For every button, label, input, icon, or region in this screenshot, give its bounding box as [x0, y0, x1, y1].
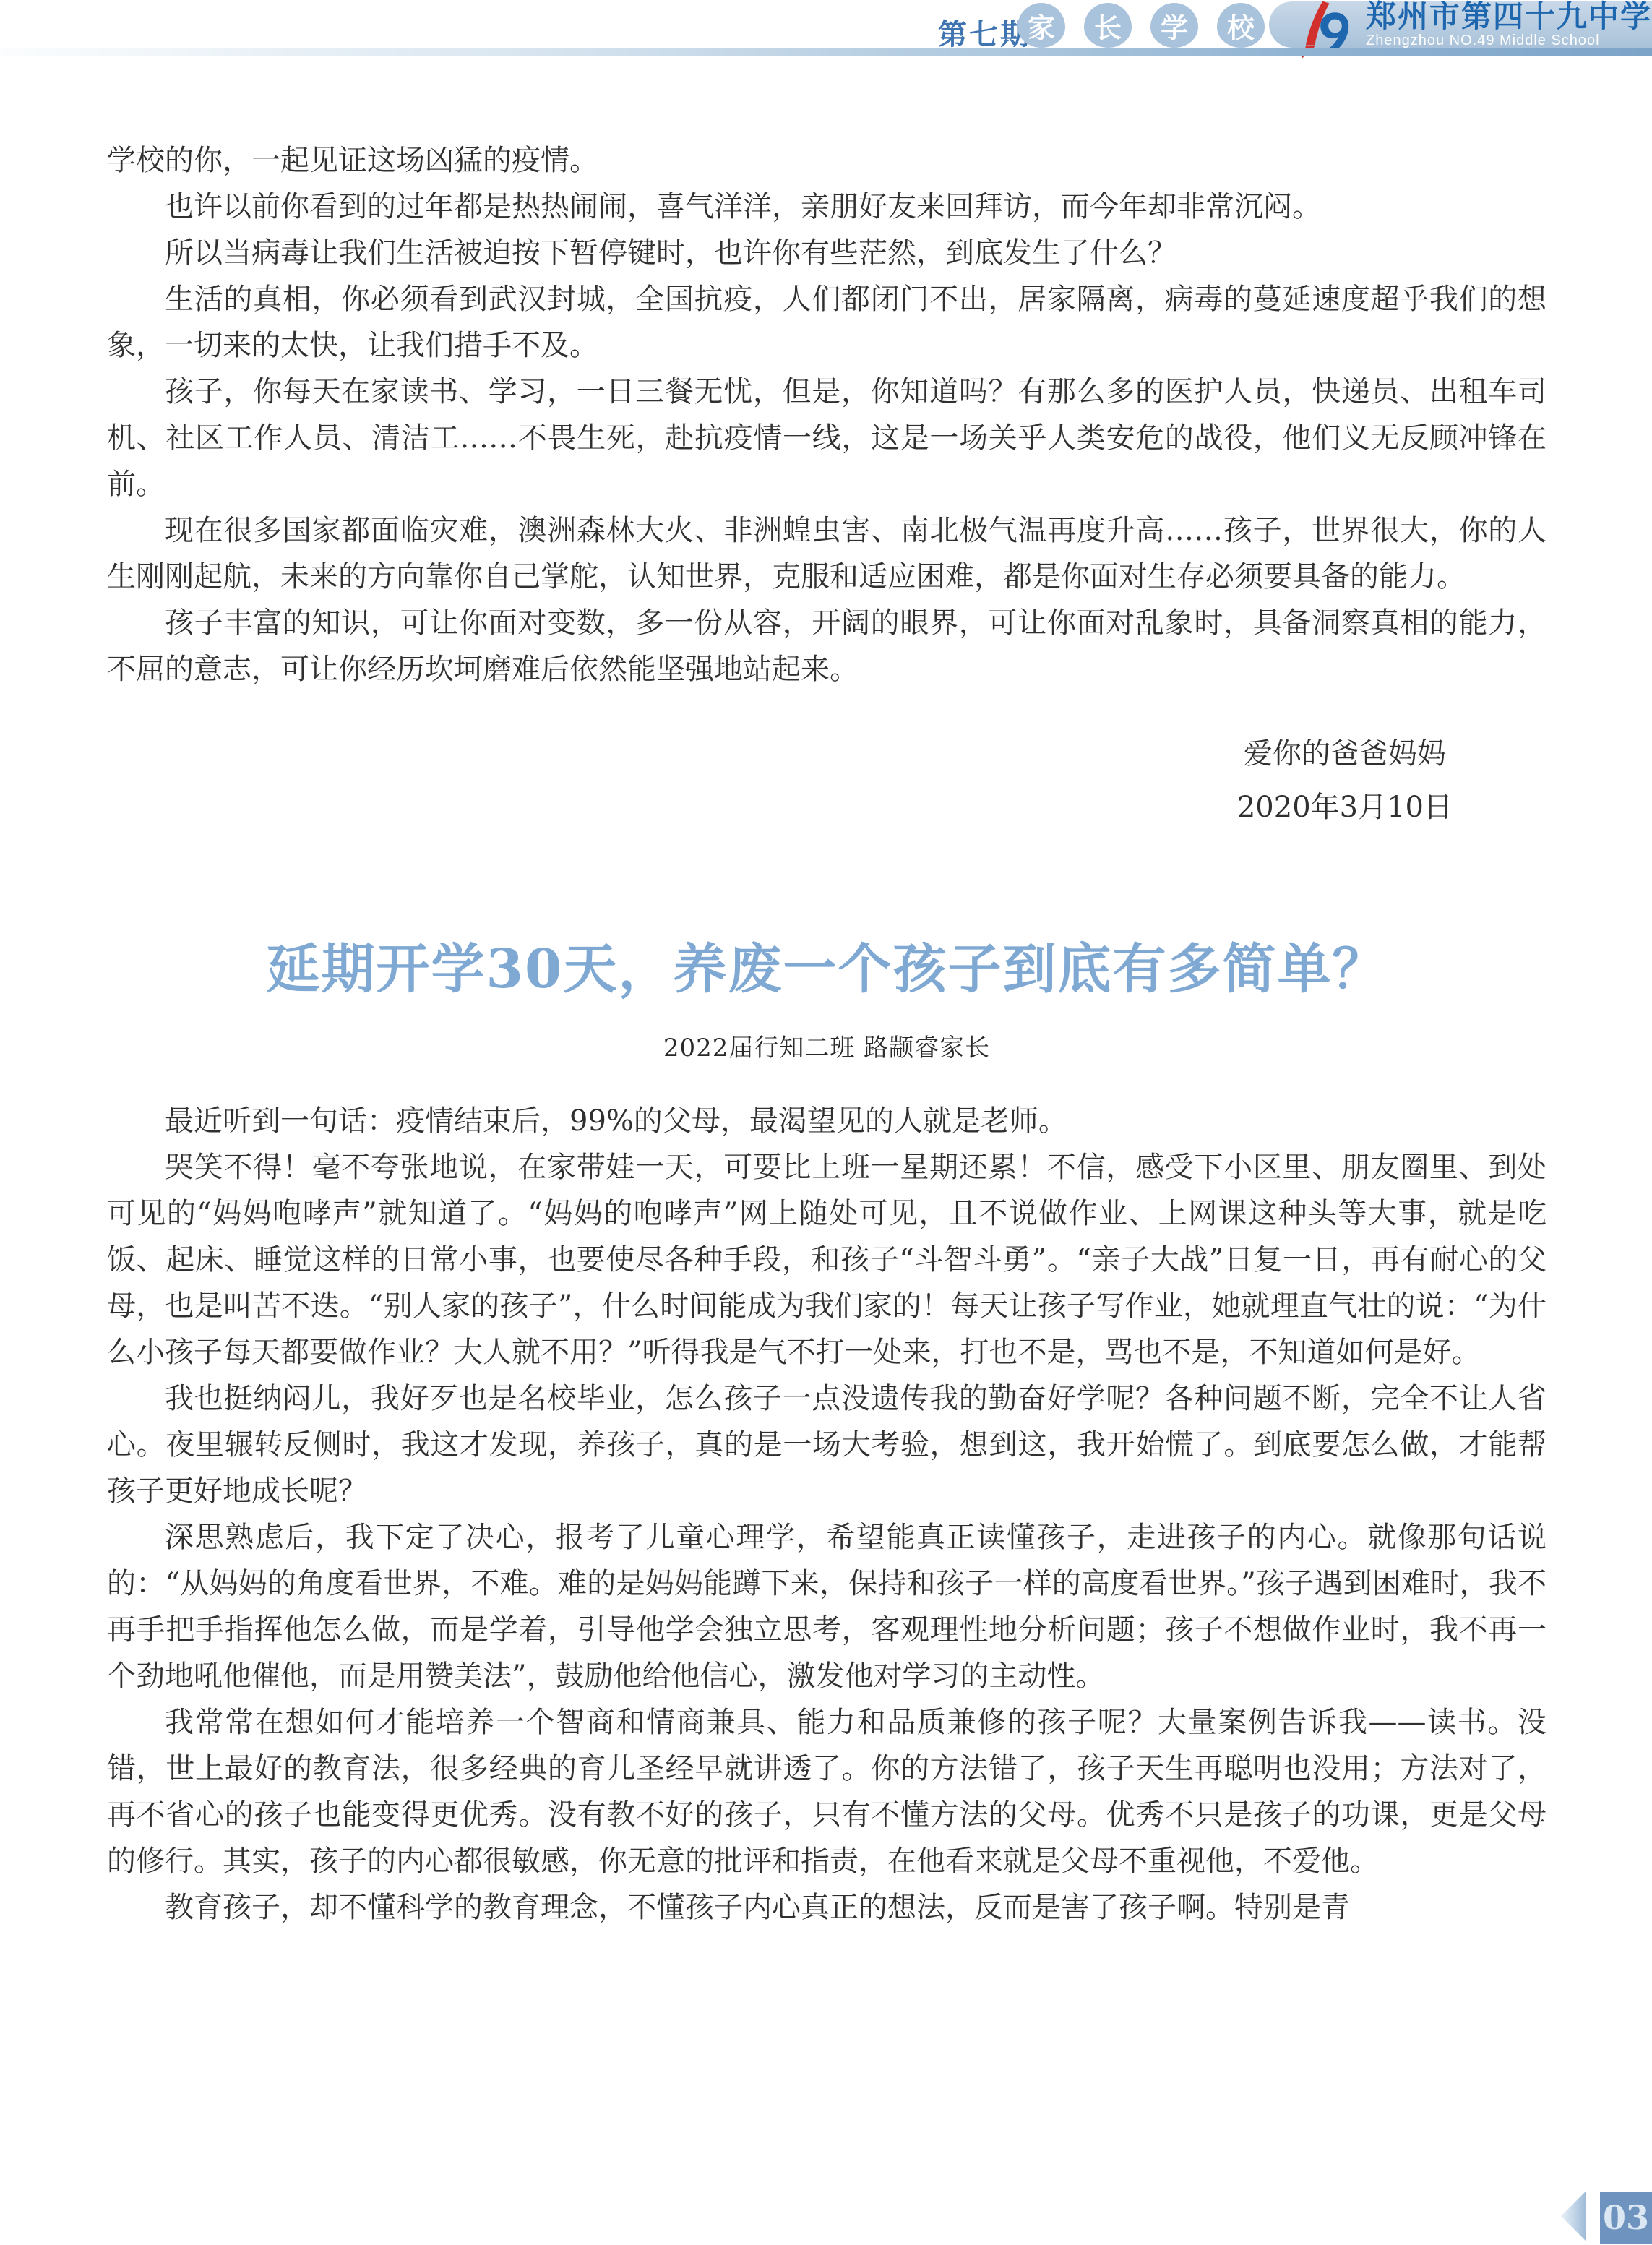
letter-date: 2020年3月10日: [1237, 781, 1453, 834]
letter-paragraph: 学校的你，一起见证这场凶猛的疫情。: [107, 137, 1546, 184]
page-corner-triangle-icon: [1561, 2192, 1586, 2241]
masthead-badges: 家 长 学 校: [1018, 3, 1265, 48]
masthead-badge: 学: [1150, 3, 1198, 48]
article-section: 延期开学30天，养废一个孩子到底有多简单？ 2022届行知二班 路颛睿家长 最近…: [107, 927, 1546, 1931]
letter-paragraph: 现在很多国家都面临灾难，澳洲森林大火、非洲蝗虫害、南北极气温再度升高……孩子，世…: [107, 507, 1546, 600]
page-header: 第七期 家 长 学 校 郑州市第四十九中学 Zhengzhou NO.49 Mi…: [0, 0, 1652, 58]
parent-letter-section: 学校的你，一起见证这场凶猛的疫情。 也许以前你看到的过年都是热热闹闹，喜气洋洋，…: [107, 137, 1546, 834]
school-name-cn: 郑州市第四十九中学: [1366, 1, 1652, 32]
page-content: 学校的你，一起见证这场凶猛的疫情。 也许以前你看到的过年都是热热闹闹，喜气洋洋，…: [107, 137, 1546, 1931]
newsletter-page: 第七期 家 长 学 校 郑州市第四十九中学 Zhengzhou NO.49 Mi…: [0, 0, 1652, 2245]
article-paragraph: 教育孩子，却不懂科学的教育理念，不懂孩子内心真正的想法，反而是害了孩子啊。特别是…: [107, 1884, 1546, 1931]
letter-paragraph: 孩子丰富的知识，可让你面对变数，多一份从容，开阔的眼界，可让你面对乱象时，具备洞…: [107, 600, 1546, 692]
header-divider-bar: [0, 48, 1652, 56]
letter-signature-block: 爱你的爸爸妈妈 2020年3月10日: [1237, 727, 1453, 834]
article-paragraph: 我常常在想如何才能培养一个智商和情商兼具、能力和品质兼修的孩子呢？大量案例告诉我…: [107, 1699, 1546, 1884]
article-body: 最近听到一句话：疫情结束后，99%的父母，最渴望见的人就是老师。 哭笑不得！毫不…: [107, 1098, 1546, 1931]
school-name-en: Zhengzhou NO.49 Middle School: [1366, 33, 1652, 48]
masthead-badge: 校: [1217, 3, 1265, 48]
article-paragraph: 深思熟虑后，我下定了决心，报考了儿童心理学，希望能真正读懂孩子，走进孩子的内心。…: [107, 1514, 1546, 1699]
letter-signature: 爱你的爸爸妈妈: [1237, 727, 1453, 781]
article-byline: 2022届行知二班 路颛睿家长: [107, 1028, 1546, 1063]
article-paragraph: 最近听到一句话：疫情结束后，99%的父母，最渴望见的人就是老师。: [107, 1098, 1546, 1144]
article-title: 延期开学30天，养废一个孩子到底有多简单？: [107, 927, 1546, 1003]
page-number-badge: 03: [1600, 2192, 1652, 2244]
school-banner: 郑州市第四十九中学 Zhengzhou NO.49 Middle School: [1269, 1, 1652, 48]
letter-paragraph: 所以当病毒让我们生活被迫按下暂停键时，也许你有些茫然，到底发生了什么？: [107, 230, 1546, 276]
masthead-badge: 长: [1084, 3, 1132, 48]
letter-paragraph: 生活的真相，你必须看到武汉封城，全国抗疫，人们都闭门不出，居家隔离，病毒的蔓延速…: [107, 276, 1546, 369]
article-paragraph: 我也挺纳闷儿，我好歹也是名校毕业，怎么孩子一点没遗传我的勤奋好学呢？各种问题不断…: [107, 1375, 1546, 1514]
letter-paragraph: 也许以前你看到的过年都是热热闹闹，喜气洋洋，亲朋好友来回拜访，而今年却非常沉闷。: [107, 184, 1546, 230]
school-name-block: 郑州市第四十九中学 Zhengzhou NO.49 Middle School: [1366, 1, 1652, 48]
article-paragraph: 哭笑不得！毫不夸张地说，在家带娃一天，可要比上班一星期还累！不信，感受下小区里、…: [107, 1144, 1546, 1375]
letter-paragraph: 孩子，你每天在家读书、学习，一日三餐无忧，但是，你知道吗？有那么多的医护人员，快…: [107, 369, 1546, 507]
masthead-badge: 家: [1018, 3, 1065, 48]
